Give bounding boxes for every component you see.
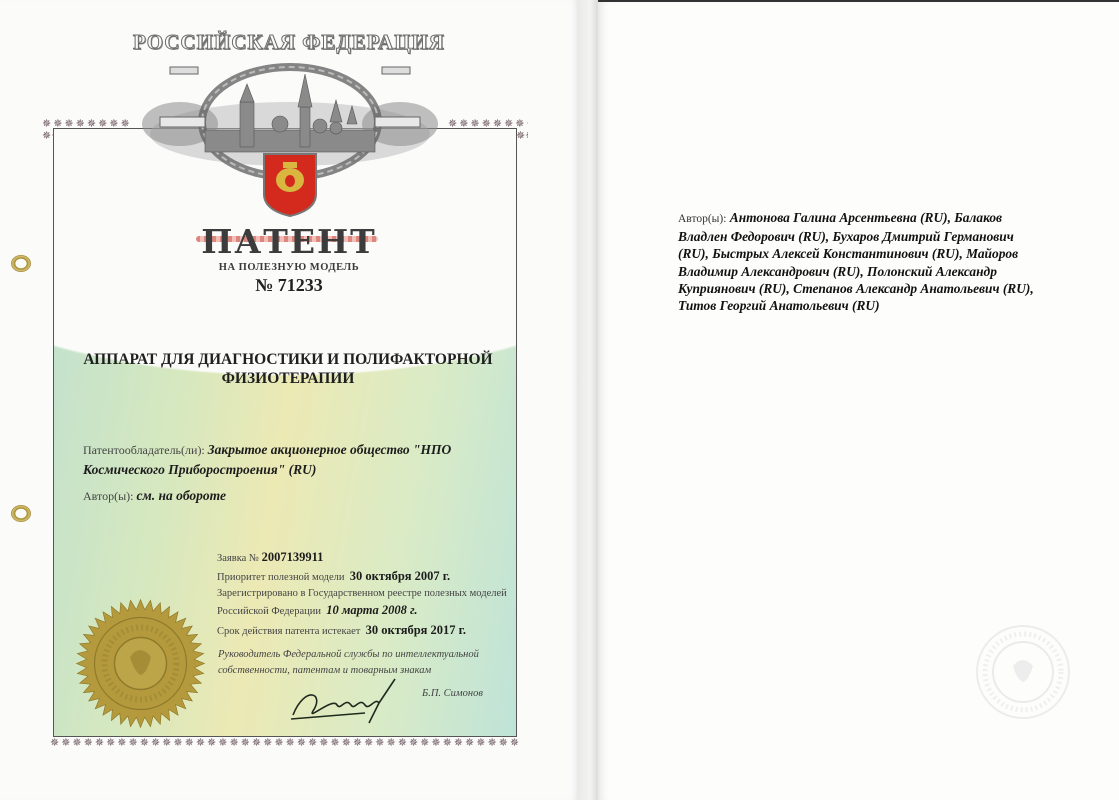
expiry-line: Срок действия патента истекает 30 октябр… [217, 622, 527, 641]
patent-front-page: РОССИЙСКАЯ ФЕДЕРАЦИЯ ✵✵✵✵✵✵✵✵✵✵✵✵✵✵✵✵✵✵✵… [0, 0, 578, 800]
document-subtype: НА ПОЛЕЗНУЮ МОДЕЛЬ [0, 262, 578, 273]
ornament-border-top-left: ✵✵✵✵✵✵✵✵✵✵✵✵✵✵✵✵✵✵✵✵✵✵✵✵✵✵✵✵✵✵✵✵✵✵✵✵✵✵✵✵… [42, 118, 132, 130]
ornament-border-left: ✵✵✵✵✵✵✵✵✵✵✵✵✵✵✵✵✵✵✵✵✵✵✵✵✵✵✵✵✵✵✵✵✵✵✵✵✵✵✵✵… [42, 130, 54, 736]
country-title: РОССИЙСКАЯ ФЕДЕРАЦИЯ [0, 30, 578, 55]
invention-title: АППАРАТ ДЛЯ ДИАГНОСТИКИ И ПОЛИФАКТОРНОЙ … [82, 350, 494, 388]
priority-label: Приоритет полезной модели [217, 572, 345, 583]
registered-line: Зарегистрировано в Государственном реест… [217, 586, 527, 620]
holder-label: Патентообладатель(ли): [83, 443, 205, 457]
authors-label: Автор(ы): [83, 489, 134, 503]
binder-hole-icon [11, 505, 31, 522]
application-line: Заявка № 2007139911 [217, 549, 527, 568]
signature-icon [285, 675, 405, 725]
signatory-name: Б.П. Симонов [422, 688, 483, 699]
authors-list: Автор(ы): Антонова Галина Арсентьевна (R… [678, 209, 1038, 314]
gold-seal-icon [74, 597, 207, 730]
ornament-border-top-right: ✵✵✵✵✵✵✵✵✵✵✵✵✵✵✵✵✵✵✵✵✵✵✵✵✵✵✵✵✵✵✵✵✵✵✵✵✵✵✵✵… [448, 118, 528, 130]
authors-reference: Автор(ы): см. на обороте [83, 488, 226, 504]
patent-holder: Патентообладатель(ли): Закрытое акционер… [83, 440, 503, 480]
ornament-border-right: ✵✵✵✵✵✵✵✵✵✵✵✵✵✵✵✵✵✵✵✵✵✵✵✵✵✵✵✵✵✵✵✵✵✵✵✵✵✵✵✵… [516, 130, 528, 736]
kremlin-emblem-icon [140, 62, 440, 217]
document-type-title: ПАТЕНТ [0, 222, 578, 261]
expiry-label: Срок действия патента истекает [217, 626, 360, 637]
authors-value: см. на обороте [137, 488, 226, 503]
patent-back-page: Автор(ы): Антонова Галина Арсентьевна (R… [598, 0, 1119, 800]
registration-details: Заявка № 2007139911 Приоритет полезной м… [217, 549, 527, 641]
authors-label: Автор(ы): [678, 213, 726, 225]
embossed-seal-icon [973, 622, 1073, 722]
registered-date: 10 марта 2008 г. [326, 603, 417, 617]
priority-date: 30 октября 2007 г. [350, 569, 450, 583]
authors-names: Антонова Галина Арсентьевна (RU), Балако… [678, 210, 1034, 313]
patent-number: № 71233 [0, 275, 578, 296]
application-number: 2007139911 [262, 550, 324, 564]
application-label: Заявка № [217, 553, 259, 564]
binding-spine [578, 0, 598, 800]
ornament-border-bottom: ✵✵✵✵✵✵✵✵✵✵✵✵✵✵✵✵✵✵✵✵✵✵✵✵✵✵✵✵✵✵✵✵✵✵✵✵✵✵✵✵… [50, 737, 520, 749]
priority-line: Приоритет полезной модели 30 октября 200… [217, 568, 527, 587]
expiry-date: 30 октября 2017 г. [366, 623, 466, 637]
